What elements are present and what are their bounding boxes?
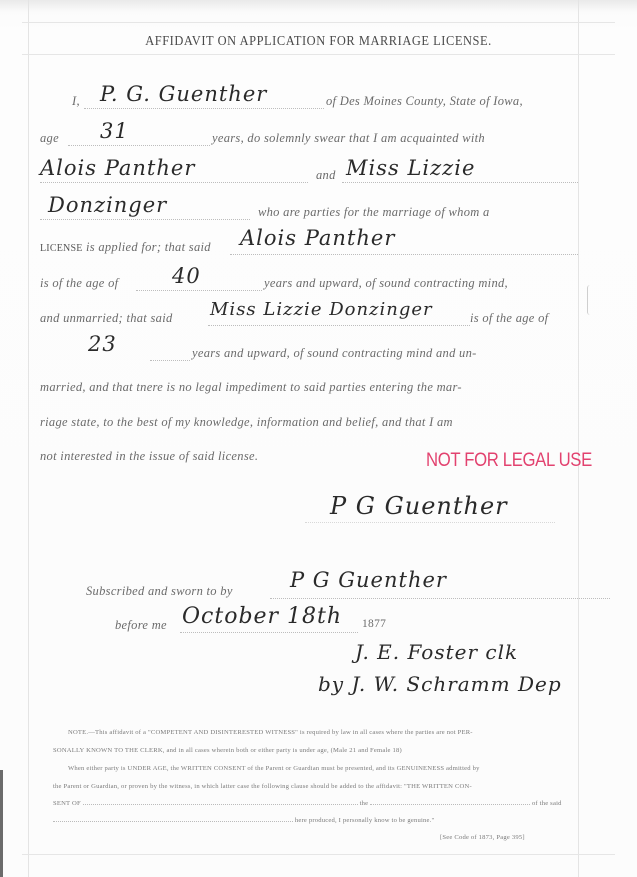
label-age-of: is of the age of bbox=[40, 276, 118, 291]
label-license-caps: LICENSE bbox=[40, 243, 83, 254]
scan-edge bbox=[0, 770, 3, 877]
before-me-line: before me October 18th 1877 bbox=[40, 612, 580, 636]
impediment-line: married, and that tnere is no legal impe… bbox=[40, 374, 580, 398]
note-line-1: NOTE.—This affidavit of a "COMPETENT AND… bbox=[68, 729, 583, 736]
bride-age-line: 23 years and upward, of sound contractin… bbox=[40, 340, 580, 364]
clerk-signature: J. E. Foster clk bbox=[355, 640, 518, 664]
consent-party-field bbox=[53, 821, 293, 822]
label-age: age bbox=[40, 131, 59, 146]
label-unmarried: and unmarried; that said bbox=[40, 311, 173, 326]
bride-age-field-dots bbox=[150, 360, 190, 361]
label-sound-mind-2: years and upward, of sound contracting m… bbox=[192, 346, 477, 361]
affiant-age-handwritten: 31 bbox=[100, 119, 129, 143]
note-line-4: the Parent or Guardian, or proven by the… bbox=[53, 783, 568, 790]
date-field-line bbox=[180, 632, 358, 633]
affiant-signature: P G Guenther bbox=[330, 492, 508, 520]
year-printed: 1877 bbox=[362, 618, 386, 630]
bride-name-handwritten-part2: Donzinger bbox=[48, 193, 167, 217]
note-the: the bbox=[360, 800, 369, 807]
bride-name-field-line bbox=[342, 182, 578, 183]
note-sent-of: SENT OF bbox=[53, 800, 81, 807]
affiant-line: I, P. G. Guenther of Des Moines County, … bbox=[40, 88, 580, 112]
consent-relation-field bbox=[370, 804, 530, 805]
label-county: of Des Moines County, State of Iowa, bbox=[326, 94, 523, 109]
subscribed-line: Subscribed and sworn to by P G Guenther bbox=[40, 578, 580, 602]
groom-name-2-field-line bbox=[230, 254, 578, 255]
label-and: and bbox=[316, 168, 336, 183]
pencil-mark bbox=[587, 285, 594, 315]
consent-name-field bbox=[83, 804, 358, 805]
label-license: LICENSE is applied for; that said bbox=[40, 240, 211, 255]
label-applied-for: is applied for; that said bbox=[86, 240, 211, 254]
knowledge-line: riage state, to the best of my knowledge… bbox=[40, 409, 580, 433]
affiant-age-field-line bbox=[68, 145, 210, 146]
affiant-name-field-line bbox=[84, 108, 324, 109]
note-line-2: SONALLY KNOWN TO THE CLERK, and in all c… bbox=[53, 747, 568, 754]
groom-age-line: is of the age of 40 years and upward, of… bbox=[40, 270, 580, 294]
bride-age-handwritten: 23 bbox=[88, 332, 117, 356]
groom-name-2-handwritten: Alois Panther bbox=[240, 226, 395, 250]
sworn-by-handwritten: P G Guenther bbox=[290, 568, 447, 592]
label-subscribed: Subscribed and sworn to by bbox=[86, 584, 233, 599]
groom-name-handwritten: Alois Panther bbox=[40, 156, 195, 180]
header-rule-bottom bbox=[22, 54, 615, 55]
label-knowledge: riage state, to the best of my knowledge… bbox=[40, 415, 453, 430]
label-before-me: before me bbox=[115, 618, 167, 633]
label-not-interested: not interested in the issue of said lice… bbox=[40, 449, 258, 464]
bride-line: and unmarried; that said Miss Lizzie Don… bbox=[40, 305, 580, 329]
page-rule-left bbox=[28, 0, 29, 877]
bride-name-full-field-line bbox=[208, 325, 470, 326]
footer-rule bbox=[22, 854, 615, 855]
document-page: AFFIDAVIT ON APPLICATION FOR MARRIAGE LI… bbox=[0, 0, 637, 877]
bride-name-full-handwritten: Miss Lizzie Donzinger bbox=[210, 299, 433, 320]
deputy-signature: by J. W. Schramm Dep bbox=[318, 672, 562, 696]
label-sound-mind: years and upward, of sound contracting m… bbox=[264, 276, 508, 291]
affiant-name-handwritten: P. G. Guenther bbox=[100, 82, 267, 106]
note-genuine: here produced, I personally know to be g… bbox=[295, 817, 435, 824]
label-parties: who are parties for the marriage of whom… bbox=[258, 205, 490, 220]
label-swear: years, do solemnly swear that I am acqua… bbox=[212, 131, 485, 146]
note-of-the-said: of the said bbox=[532, 800, 562, 807]
label-is-of-age: is of the age of bbox=[470, 311, 548, 326]
sworn-by-field-line bbox=[270, 598, 610, 599]
label-i: I, bbox=[72, 94, 80, 109]
label-impediment: married, and that tnere is no legal impe… bbox=[40, 380, 462, 395]
groom-age-field-line bbox=[136, 290, 262, 291]
groom-age-handwritten: 40 bbox=[172, 264, 201, 288]
code-citation: [See Code of 1873, Page 395] bbox=[440, 834, 525, 841]
bride-surname-line: Donzinger who are parties for the marria… bbox=[40, 199, 580, 223]
not-for-legal-use-stamp: NOT FOR LEGAL USE bbox=[426, 450, 592, 472]
bride-surname-field-line bbox=[40, 219, 250, 220]
signature-line bbox=[305, 522, 555, 523]
age-line: age 31 years, do solemnly swear that I a… bbox=[40, 125, 580, 149]
note-line-5: SENT OF the of the said bbox=[53, 800, 568, 807]
license-line: LICENSE is applied for; that said Alois … bbox=[40, 234, 580, 258]
groom-name-field-line bbox=[40, 182, 308, 183]
header-rule-top bbox=[22, 22, 615, 23]
bride-name-handwritten-part1: Miss Lizzie bbox=[346, 156, 475, 180]
parties-line: Alois Panther and Miss Lizzie bbox=[40, 162, 580, 186]
date-handwritten: October 18th bbox=[182, 604, 342, 629]
note-line-6: here produced, I personally know to be g… bbox=[53, 817, 568, 824]
note-line-3: When either party is UNDER AGE, the WRIT… bbox=[68, 765, 583, 772]
document-title: AFFIDAVIT ON APPLICATION FOR MARRIAGE LI… bbox=[25, 33, 611, 49]
